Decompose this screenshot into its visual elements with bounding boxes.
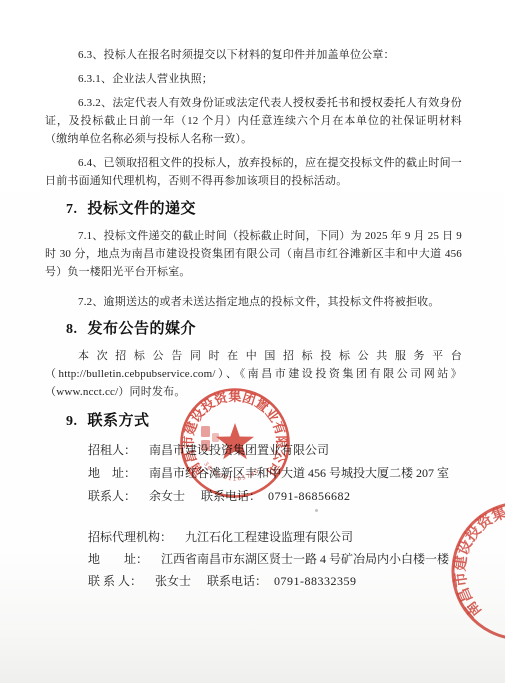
tenant-contact-block: 招租人：南昌市建设投资集团置业有限公司 地 址：南昌市红谷滩新区丰和中大道 45… (45, 439, 462, 508)
agency-name-row: 招标代理机构：九江石化工程建设监理有限公司 (88, 526, 462, 548)
section-8-title: 发布公告的媒介 (88, 321, 197, 337)
document-content: 6.3、投标人在报名时须提交以下材料的复印件并加盖单位公章： 6.3.1、企业法… (45, 46, 462, 592)
section-9-number: 9. (66, 410, 78, 434)
agency-phone-label: 联系电话： (207, 570, 267, 592)
agency-phone: 0791-88332359 (274, 570, 357, 592)
tenant-label: 招租人： (88, 439, 136, 462)
tenant-person-label: 联系人： (88, 485, 136, 508)
tenant-address-label: 地 址： (88, 462, 136, 485)
scanned-document-page: 6.3、投标人在报名时须提交以下材料的复印件并加盖单位公章： 6.3.1、企业法… (0, 0, 505, 683)
clause-6-3: 6.3、投标人在报名时须提交以下材料的复印件并加盖单位公章： (45, 46, 462, 64)
agency-person-row: 联 系 人：张女士联系电话：0791-88332359 (88, 570, 462, 592)
agency-contact-block: 招标代理机构：九江石化工程建设监理有限公司 地 址：江西省南昌市东湖区贤士一路 … (45, 526, 462, 592)
section-9-heading: 9.联系方式 (66, 409, 462, 434)
section-7-heading: 7.投标文件的递交 (66, 197, 462, 222)
scan-speck (315, 509, 318, 512)
agency-address: 江西省南昌市东湖区贤士一路 4 号矿冶局内小白楼一楼 (161, 548, 449, 570)
agency-address-label: 地 址： (88, 548, 148, 570)
tenant-person: 余女士 (149, 485, 185, 508)
clause-7-2: 7.2、逾期送达的或者未送达指定地点的投标文件，其投标文件将被拒收。 (45, 293, 462, 311)
tenant-phone: 0791-86856682 (268, 485, 351, 508)
agency-person: 张女士 (155, 570, 191, 592)
tenant-name-row: 招租人：南昌市建设投资集团置业有限公司 (88, 439, 462, 462)
section-7-number: 7. (66, 198, 78, 222)
tenant-name: 南昌市建设投资集团置业有限公司 (149, 439, 329, 462)
clause-6-3-1: 6.3.1、企业法人营业执照； (45, 70, 462, 88)
section-8-number: 8. (66, 318, 78, 342)
tenant-phone-label: 联系电话： (201, 485, 261, 508)
agency-address-row: 地 址：江西省南昌市东湖区贤士一路 4 号矿冶局内小白楼一楼 (88, 548, 462, 570)
clause-8-body: 本次招标公告同时在中国招标投标公共服务平台（http://bulletin.ce… (45, 347, 462, 401)
tenant-address-row: 地 址：南昌市红谷滩新区丰和中大道 456 号城投大厦二楼 207 室 (88, 462, 462, 485)
agency-person-label: 联 系 人： (88, 570, 142, 592)
agency-name: 九江石化工程建设监理有限公司 (185, 526, 353, 548)
clause-7-1: 7.1、投标文件递交的截止时间（投标截止时间，下同）为 2025 年 9 月 2… (45, 227, 462, 281)
tenant-address: 南昌市红谷滩新区丰和中大道 456 号城投大厦二楼 207 室 (149, 462, 449, 485)
clause-6-3-2: 6.3.2、法定代表人有效身份证或法定代表人授权委托书和授权委托人有效身份证，及… (45, 94, 462, 148)
section-7-title: 投标文件的递交 (88, 201, 197, 217)
section-8-heading: 8.发布公告的媒介 (66, 317, 462, 342)
tenant-person-row: 联系人：余女士联系电话：0791-86856682 (88, 485, 462, 508)
clause-6-4: 6.4、已领取招租文件的投标人，放弃投标的，应在提交投标文件的截止时间一日前书面… (45, 154, 462, 190)
spacer (45, 508, 462, 526)
agency-label: 招标代理机构： (88, 526, 172, 548)
section-9-title: 联系方式 (88, 413, 150, 429)
